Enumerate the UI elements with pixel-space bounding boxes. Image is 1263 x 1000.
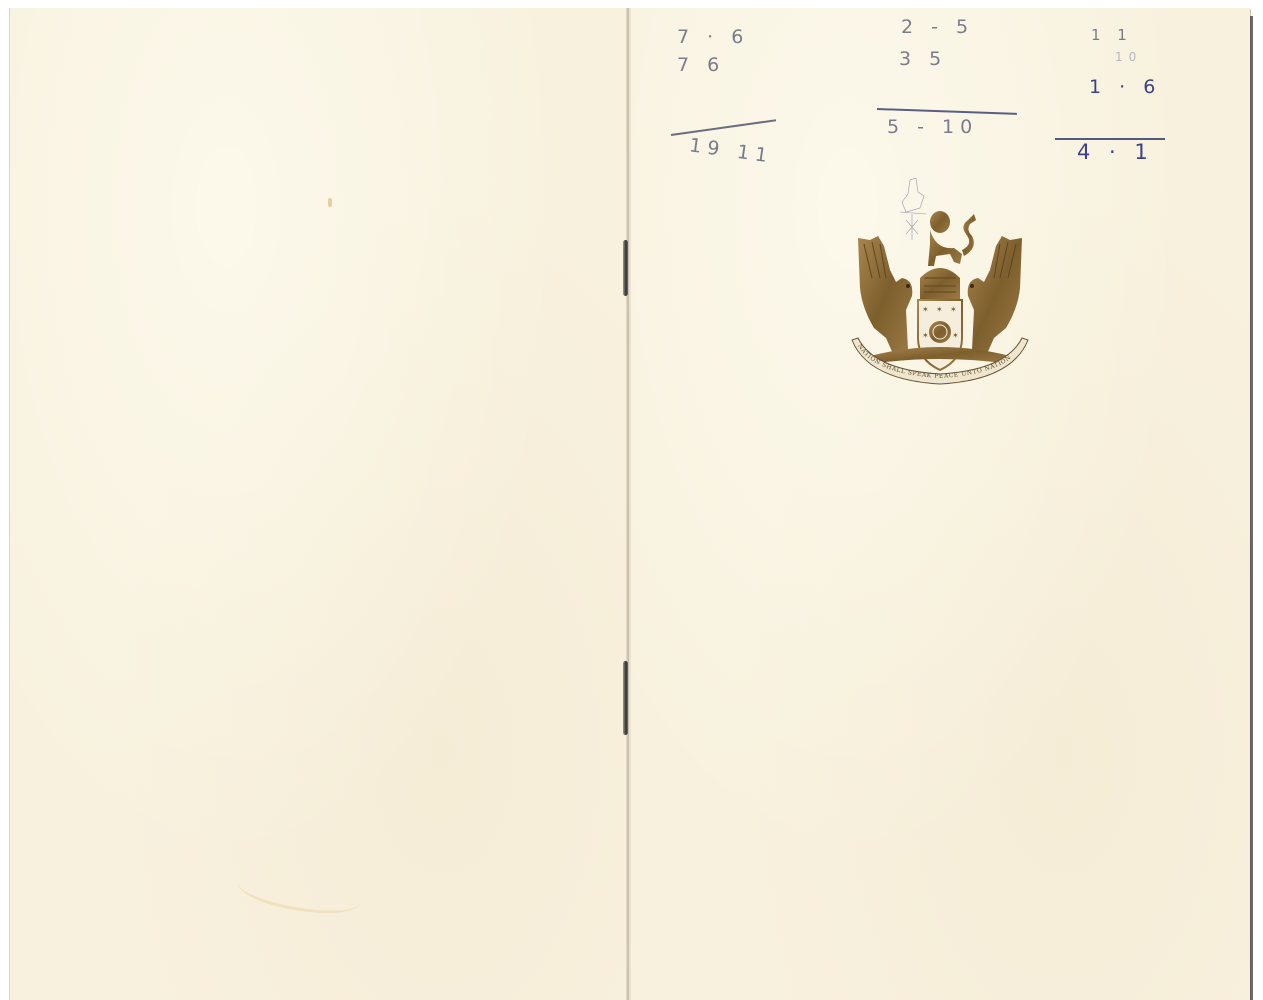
shield-icon: ✶✶✶ ✶✶ ✶✶ (918, 300, 962, 370)
svg-text:✶: ✶ (922, 305, 929, 314)
paper-speck (328, 198, 332, 207)
right-page: 7 · 6 7 6 19 11 2 - 5 3 5 5 - 10 1 1 10 … (631, 8, 1250, 1000)
note-col3-line2: 10 (1115, 50, 1142, 64)
note-col2-total: 5 - 10 (887, 116, 978, 138)
coat-of-arms-crest: ✶✶✶ ✶✶ ✶✶ NATION SHALL SPEAK PEACE UNTO … (850, 178, 1030, 386)
eagle-supporter-right-icon (968, 236, 1022, 356)
sum-line-col1 (671, 119, 776, 136)
helmet-icon (920, 268, 960, 300)
svg-text:✶: ✶ (922, 331, 929, 340)
sum-line-col2 (877, 108, 1017, 115)
staple-top (623, 240, 628, 296)
note-col1-line1: 7 · 6 (677, 26, 749, 48)
note-col1-line2: 7 6 (677, 54, 725, 76)
note-col3-line3: 1 · 6 (1089, 76, 1161, 98)
svg-text:✶: ✶ (936, 305, 943, 314)
open-booklet: 7 · 6 7 6 19 11 2 - 5 3 5 5 - 10 1 1 10 … (10, 8, 1250, 1000)
left-page (10, 8, 628, 1000)
note-col1-total: 19 11 (688, 134, 775, 168)
note-col2-line1: 2 - 5 (901, 16, 974, 38)
svg-text:✶: ✶ (950, 305, 957, 314)
eagle-supporter-left-icon (858, 236, 912, 356)
lion-crest-icon (928, 211, 976, 266)
staple-bottom (623, 661, 628, 735)
note-col2-line2: 3 5 (899, 48, 947, 70)
stain-mark (236, 862, 365, 924)
pencil-sketch-icon (900, 178, 926, 240)
note-col3-total: 4 · 1 (1077, 140, 1154, 164)
svg-text:✶: ✶ (952, 331, 959, 340)
note-col3-line1: 1 1 (1091, 26, 1133, 44)
roundel-icon (929, 321, 951, 343)
